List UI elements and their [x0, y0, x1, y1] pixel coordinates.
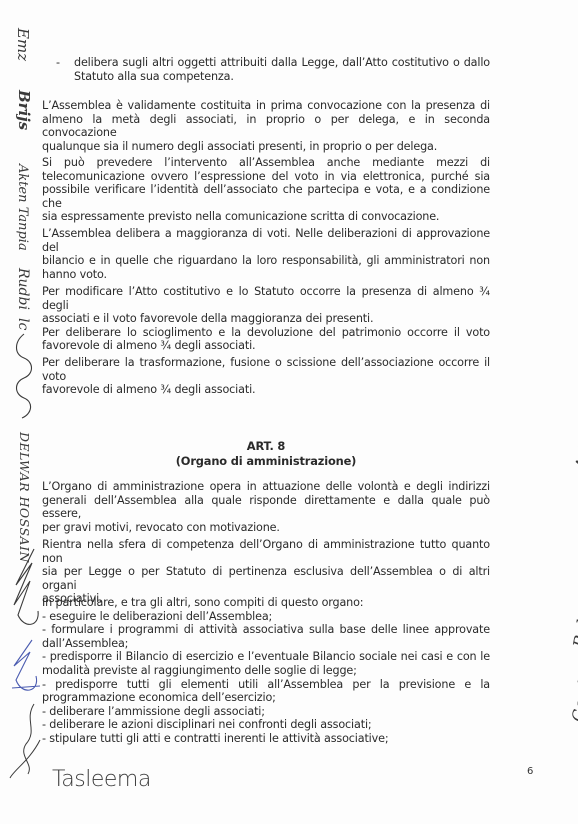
paragraph-validita-assemblea: L’Assemblea è validamente costituita in … — [42, 99, 490, 153]
signature-bottom: Tasleema — [52, 767, 151, 792]
text-line: programmazione economica dell’esercizio; — [42, 691, 490, 705]
text-line: Per deliberare la trasformazione, fusion… — [42, 356, 490, 383]
signature-right-1: Arbldd — [572, 410, 578, 471]
signature-scribble-black — [4, 545, 44, 635]
text-line: almeno la metà degli associati, in propr… — [42, 113, 490, 140]
signature-left-2: Brijs — [15, 90, 33, 130]
text-line: L’Organo di amministrazione opera in att… — [42, 480, 490, 494]
signature-left-4: Rudbi — [15, 268, 31, 310]
signature-right-2: Bobu — [570, 602, 578, 649]
page-number: 6 — [527, 766, 533, 777]
text-line: associati e il voto favorevole della mag… — [42, 312, 490, 326]
article-title: (Organo di amministrazione) — [42, 454, 490, 468]
bullet-dash: - — [56, 56, 60, 70]
list-item: - stipulare tutti gli atti e contratti i… — [42, 732, 490, 746]
list-item: - deliberare l’ammissione degli associat… — [42, 705, 490, 719]
bullet-item-delibera: - delibera sugli altri oggetti attribuit… — [56, 56, 490, 83]
paragraph-organo-amministrazione: L’Organo di amministrazione opera in att… — [42, 480, 490, 534]
text-line: sia espressamente previsto nella comunic… — [42, 210, 490, 224]
text-line: Per deliberare lo scioglimento e la devo… — [42, 326, 490, 340]
text-line: Statuto alla sua competenza. — [74, 70, 490, 84]
text-line: Per modificare l’Atto costitutivo e lo S… — [42, 285, 490, 312]
article-number: ART. 8 — [42, 439, 490, 453]
bullet-text: delibera sugli altri oggetti attribuiti … — [74, 56, 490, 83]
text-line: L’Assemblea è validamente costituita in … — [42, 99, 490, 113]
paragraph-trasformazione: Per deliberare la trasformazione, fusion… — [42, 356, 490, 397]
text-line: delibera sugli altri oggetti attribuiti … — [74, 56, 490, 70]
signature-scribble-loops — [8, 332, 38, 422]
text-line: modalità previste al raggiungimento dell… — [42, 664, 490, 678]
text-line: L’Assemblea delibera a maggioranza di vo… — [42, 227, 490, 254]
signature-left-1: Emz — [14, 28, 32, 61]
list-item: - predisporre tutti gli elementi utili a… — [42, 678, 490, 692]
signature-scribble-bottom-left — [4, 700, 48, 780]
text-line: Rientra nella sfera di competenza dell’O… — [42, 538, 490, 565]
list-item: - predisporre il Bilancio di esercizio e… — [42, 650, 490, 664]
paragraph-telecomunicazione: Si può prevedere l’intervento all’Assemb… — [42, 156, 490, 224]
signature-left-5: lc — [15, 318, 31, 330]
list-item: - eseguire le deliberazioni dell’Assembl… — [42, 610, 490, 624]
list-item: - formulare i programmi di attività asso… — [42, 623, 490, 637]
text-line: favorevole di almeno ¾ degli associati. — [42, 339, 490, 353]
text-line: Si può prevedere l’intervento all’Assemb… — [42, 156, 490, 170]
signature-right-3: Candr — [568, 671, 578, 724]
text-line: dall’Assemblea; — [42, 637, 490, 651]
text-line: favorevole di almeno ¾ degli associati. — [42, 383, 490, 397]
text-line: bilancio e in quelle che riguardano la l… — [42, 254, 490, 268]
paragraph-modifica-statuto: Per modificare l’Atto costitutivo e lo S… — [42, 285, 490, 353]
text-line: In particolare, e tra gli altri, sono co… — [42, 596, 490, 610]
list-item: - deliberare le azioni disciplinari nei … — [42, 718, 490, 732]
text-line: possibile verificare l’identità dell’ass… — [42, 183, 490, 210]
text-line: sia per Legge o per Statuto di pertinenz… — [42, 565, 490, 592]
text-line: per gravi motivi, revocato con motivazio… — [42, 521, 490, 535]
signature-scribble-blue — [4, 636, 44, 706]
signature-left-6: DELWAR HOSSAIN — [17, 432, 32, 563]
text-line: generali dell’Assemblea alla quale rispo… — [42, 494, 490, 521]
document-page: - delibera sugli altri oggetti attribuit… — [0, 0, 578, 824]
paragraph-compiti-organo: In particolare, e tra gli altri, sono co… — [42, 596, 490, 746]
text-line: qualunque sia il numero degli associati … — [42, 140, 490, 154]
paragraph-maggioranza: L’Assemblea delibera a maggioranza di vo… — [42, 227, 490, 281]
signature-left-3: Akten Tanpia — [15, 164, 30, 251]
text-line: hanno voto. — [42, 268, 490, 282]
text-line: telecomunicazione ovvero l’espressione d… — [42, 170, 490, 184]
